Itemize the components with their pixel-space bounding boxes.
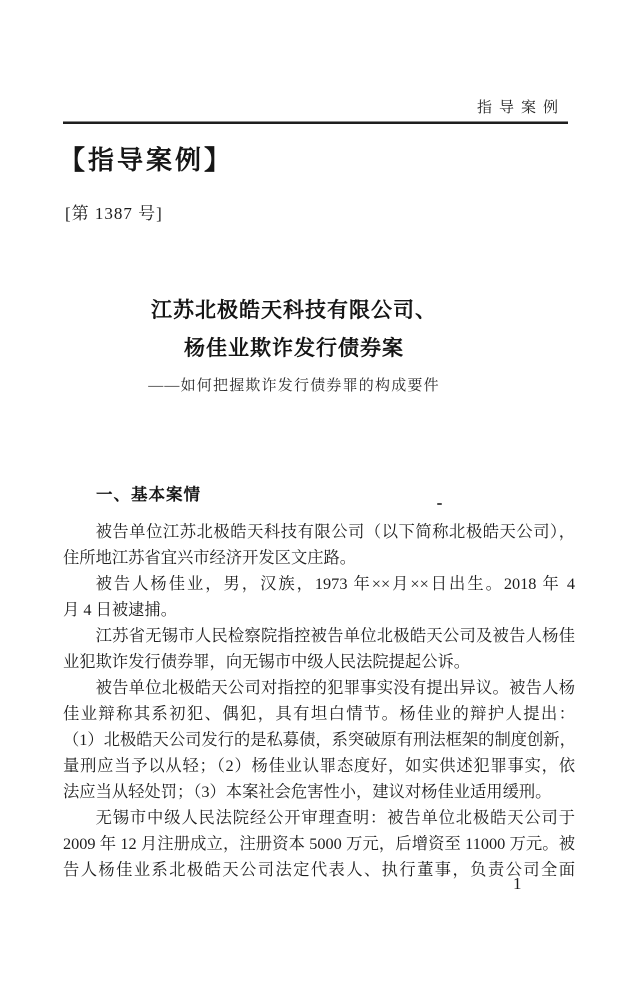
case-title-line1: 江苏北极皓天科技有限公司、	[38, 291, 550, 329]
running-head: 指导案例	[477, 96, 565, 117]
section-heading: 一、基本案情	[63, 481, 575, 505]
body-line: 量刑应当予以从轻；（2）杨佳业认罪态度好，如实供述犯罪事实，依	[63, 753, 575, 779]
guiding-case-heading: 【指导案例】	[59, 140, 233, 177]
body-line: 月 4 日被逮捕。	[63, 597, 575, 623]
case-number-label: [第 1387 号]	[65, 199, 163, 224]
body-line: 被告单位北极皓天公司对指控的犯罪事实没有提出异议。被告人杨	[63, 675, 575, 701]
book-page: 指导案例 【指导案例】 [第 1387 号] 江苏北极皓天科技有限公司、 杨佳业…	[0, 0, 639, 999]
body-line: 被告单位江苏北极皓天科技有限公司（以下简称北极皓天公司），	[63, 519, 575, 545]
page-number: 1	[513, 874, 522, 894]
body-line: 法应当从轻处罚；（3）本案社会危害性小，建议对杨佳业适用缓刑。	[63, 779, 575, 805]
body-line: （1）北极皓天公司发行的是私募债，系突破原有刑法框架的制度创新，	[63, 727, 575, 753]
body-line: 告人杨佳业系北极皓天公司法定代表人、执行董事，负责公司全面	[63, 857, 575, 883]
body-line: 江苏省无锡市人民检察院指控被告单位北极皓天公司及被告人杨佳	[63, 623, 575, 649]
body-line: 2009 年 12 月注册成立，注册资本 5000 万元，后增资至 11000 …	[63, 831, 575, 857]
body-line: 佳业辩称其系初犯、偶犯，具有坦白情节。杨佳业的辩护人提出：	[63, 701, 575, 727]
body-line: 被告人杨佳业，男，汉族，1973 年××月××日出生。2018 年 4	[63, 571, 575, 597]
case-title-block: 江苏北极皓天科技有限公司、 杨佳业欺诈发行债券案 ——如何把握欺诈发行债券罪的构…	[38, 291, 550, 402]
case-subtitle: ——如何把握欺诈发行债券罪的构成要件	[38, 370, 550, 402]
body-line: 无锡市中级人民法院经公开审理查明：被告单位北极皓天公司于	[63, 805, 575, 831]
body-content: 一、基本案情 被告单位江苏北极皓天科技有限公司（以下简称北极皓天公司），住所地江…	[63, 481, 575, 883]
body-line: 业犯欺诈发行债券罪，向无锡市中级人民法院提起公诉。	[63, 649, 575, 675]
body-line: 住所地江苏省宜兴市经济开发区文庄路。	[63, 545, 575, 571]
body-paragraphs: 被告单位江苏北极皓天科技有限公司（以下简称北极皓天公司），住所地江苏省宜兴市经济…	[63, 519, 575, 883]
header-rule-divider	[63, 121, 568, 124]
case-title-line2: 杨佳业欺诈发行债券案	[38, 329, 550, 367]
